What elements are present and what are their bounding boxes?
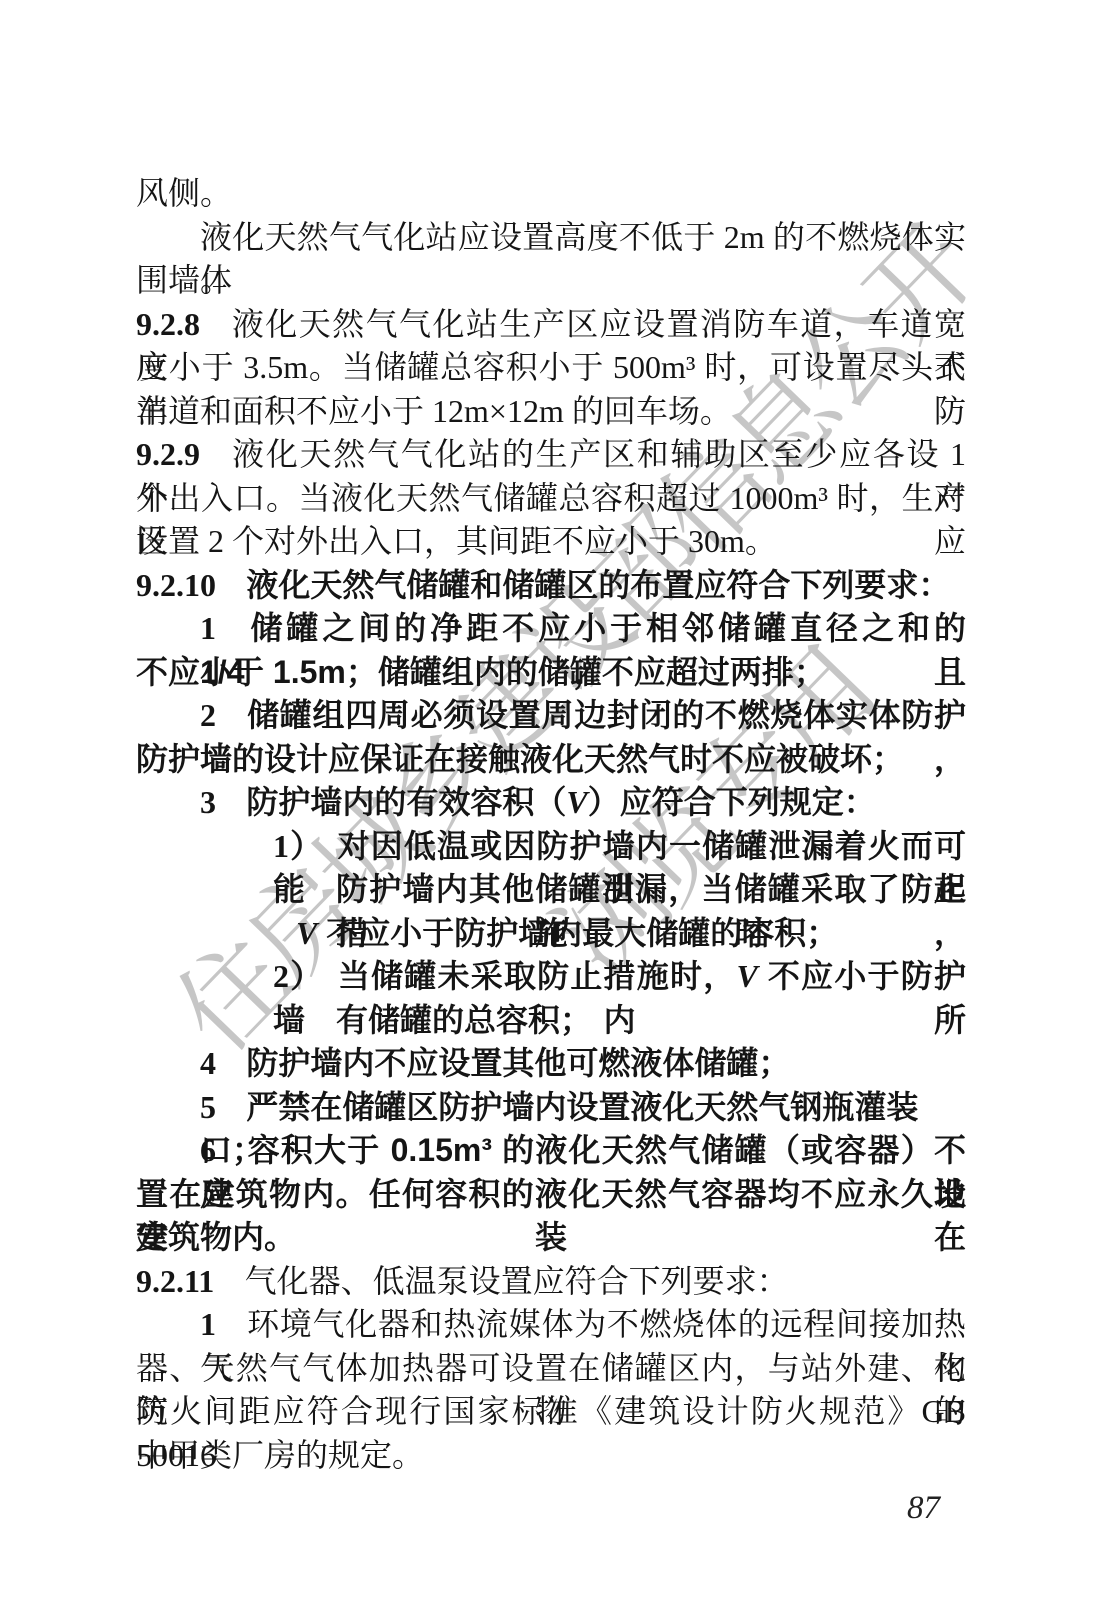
text-line: 液化天然气气化站应设置高度不低于 2m 的不燃烧体实体 <box>200 216 966 260</box>
item-2: 2储罐组四周必须设置周边封闭的不燃烧体实体防护墙， <box>200 694 966 738</box>
clause-number: 9.2.9 <box>136 436 200 472</box>
text-block: 风侧。 液化天然气气化站应设置高度不低于 2m 的不燃烧体实体 围墙。 9.2.… <box>136 172 966 1477</box>
document-page: 住房城乡建设部信息公开 浏览专用 风侧。 液化天然气气化站应设置高度不低于 2m… <box>0 0 1103 1598</box>
item-4: 4防护墙内不应设置其他可燃液体储罐； <box>200 1042 966 1086</box>
item-1: 1储罐之间的净距不应小于相邻储罐直径之和的 1/4，且 <box>200 607 966 651</box>
subitem-number: 1） <box>273 828 323 864</box>
text-line: 应小于 3.5m。当储罐总容积小于 500m³ 时，可设置尽头式消防 <box>136 346 966 390</box>
item-6: 6容积大于 0.15m³ 的液化天然气储罐（或容器）不应设 <box>200 1129 966 1173</box>
variable-v: V <box>296 915 317 951</box>
clause-number: 9.2.10 <box>136 567 216 603</box>
item-number: 2 <box>200 697 216 733</box>
item-number: 4 <box>200 1045 216 1081</box>
variable-v: V <box>566 784 587 820</box>
clause-9-2-10: 9.2.10液化天然气储罐和储罐区的布置应符合下列要求： <box>136 564 966 608</box>
text-line: 防火间距应符合现行国家标准《建筑设计防火规范》GB 50016 <box>136 1390 966 1434</box>
page-number: 87 <box>907 1490 940 1527</box>
item-number: 1 <box>200 610 216 646</box>
subitem-number: 2） <box>273 958 323 994</box>
text-line: 器、天然气气体加热器可设置在储罐区内，与站外建、构筑物的 <box>136 1347 966 1391</box>
item-1: 1环境气化器和热流媒体为不燃烧体的远程间接加热气化 <box>200 1303 966 1347</box>
subitem-1: 1）对因低温或因防护墙内一储罐泄漏着火而可能引起 <box>273 825 966 869</box>
clause-number: 9.2.11 <box>136 1263 214 1299</box>
text-line: 风侧。 <box>136 172 966 216</box>
item-number: 6 <box>200 1132 216 1168</box>
item-3: 3防护墙内的有效容积（V）应符合下列规定： <box>200 781 966 825</box>
item-number: 3 <box>200 784 216 820</box>
text-line: 置在建筑物内。任何容积的液化天然气容器均不应永久地安装在 <box>136 1173 966 1217</box>
text-line: 外出入口。当液化天然气储罐总容积超过 1000m³ 时，生产区应 <box>136 477 966 521</box>
item-number: 1 <box>200 1306 216 1342</box>
item-5: 5严禁在储罐区防护墙内设置液化天然气钢瓶灌装口； <box>200 1086 966 1130</box>
text-line: 防护墙的设计应保证在接触液化天然气时不应被破坏； <box>136 738 966 782</box>
clause-9-2-8: 9.2.8液化天然气气化站生产区应设置消防车道，车道宽度不 <box>136 303 966 347</box>
text-line: 中甲类厂房的规定。 <box>136 1434 966 1478</box>
clause-number: 9.2.8 <box>136 306 200 342</box>
clause-9-2-9: 9.2.9液化天然气气化站的生产区和辅助区至少应各设 1 个对 <box>136 433 966 477</box>
variable-v: V <box>736 958 757 994</box>
text-line: 防护墙内其他储罐泄漏，当储罐采取了防止措施时， <box>336 868 966 912</box>
clause-9-2-11: 9.2.11气化器、低温泵设置应符合下列要求： <box>136 1260 966 1304</box>
item-number: 5 <box>200 1089 216 1125</box>
subitem-2: 2）当储罐未采取防止措施时，V 不应小于防护墙内所 <box>273 955 966 999</box>
text-line: 围墙。 <box>136 259 966 303</box>
